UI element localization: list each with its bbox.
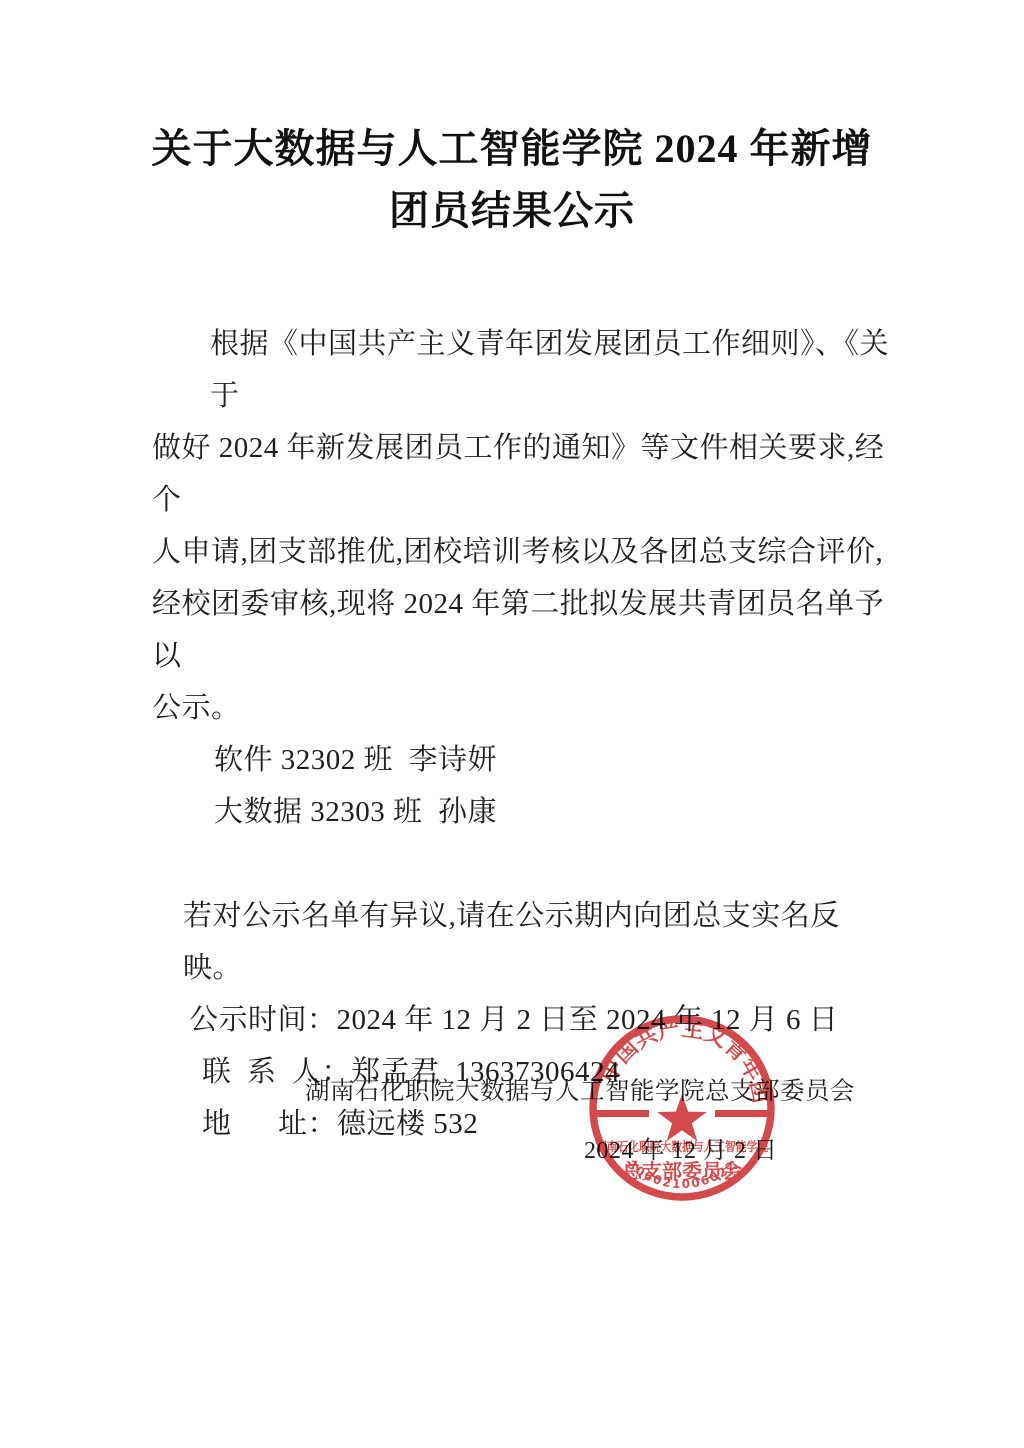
announcement-page: 关于大数据与人工智能学院 2024 年新增 团员结果公示 根据《中国共产主义青年… [0,0,1024,1448]
stamp-right-bar [715,1110,772,1117]
paragraph-line: 经校团委审核,现将 2024 年第二批拟发展共青团员名单予以 [152,578,898,682]
paragraph-line: 根据《中国共产主义青年团发展团员工作细则》、《关于 [152,318,898,422]
paragraph-line: 公示。 [152,682,898,734]
page-title: 关于大数据与人工智能学院 2024 年新增 团员结果公示 [0,118,1024,242]
notice-line: 若对公示名单有异议,请在公示期内向团总支实名反映。 [152,890,898,994]
stamp-left-bar [592,1110,649,1117]
page-title-line-1: 关于大数据与人工智能学院 2024 年新增 [0,118,1024,180]
stamp-org-line-1: 湖南石化职院大数据与人工智能学院 [596,1139,768,1154]
notice-line-publicity-period: 公示时间：2024 年 12 月 2 日至 2024 年 12 月 6 日 [152,994,898,1046]
roster-item: 软件 32302 班 李诗妍 [152,734,898,786]
paragraph-line: 人申请,团支部推优,团校培训考核以及各团总支综合评价, [152,526,898,578]
roster-item: 大数据 32303 班 孙康 [152,786,898,838]
page-title-line-2: 团员结果公示 [0,180,1024,242]
stamp-arc-text: 中国共产主义青年团 [594,1006,784,1108]
official-seal-stamp: 中国共产主义青年团 湖南石化职院大数据与人工智能学院 总支部委员会 430602… [580,1006,784,1210]
document-body: 根据《中国共产主义青年团发展团员工作细则》、《关于 做好 2024 年新发展团员… [152,318,898,1150]
blank-line [152,838,898,890]
paragraph-line: 做好 2024 年新发展团员工作的通知》等文件相关要求,经个 [152,422,898,526]
red-star-icon [657,1094,706,1141]
